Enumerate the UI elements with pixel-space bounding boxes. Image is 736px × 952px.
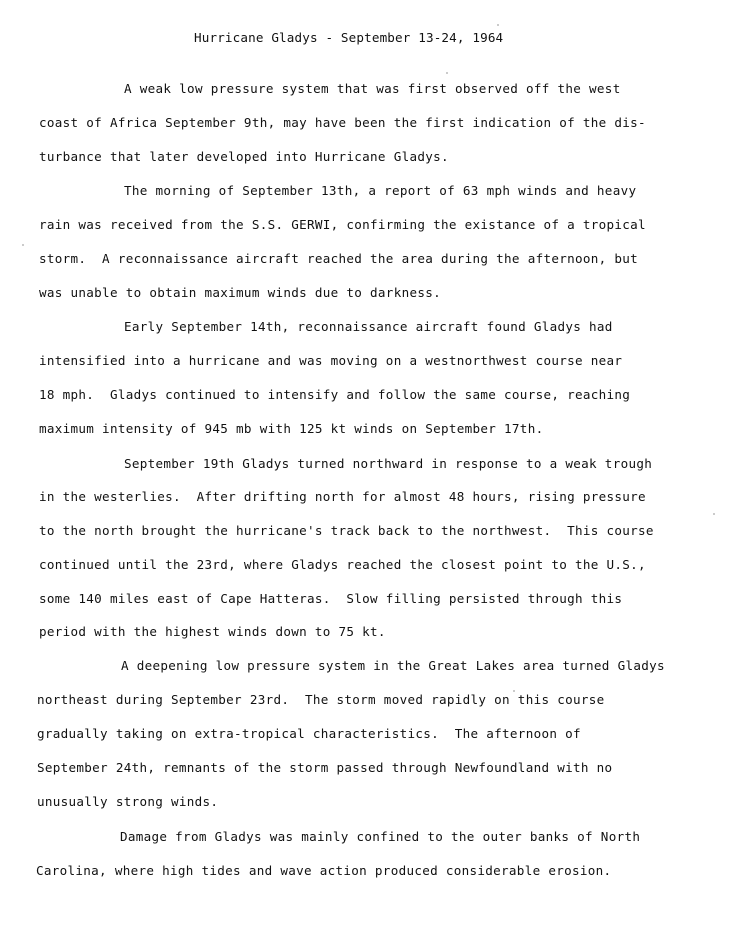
text-line: rain was received from the S.S. GERWI, c…	[39, 217, 646, 233]
text-line: gradually taking on extra-tropical chara…	[37, 726, 581, 742]
scan-speck	[446, 72, 448, 74]
text-line: to the north brought the hurricane's tra…	[39, 523, 654, 539]
scan-speck	[497, 24, 499, 26]
text-line: storm. A reconnaissance aircraft reached…	[39, 251, 638, 267]
scan-speck	[513, 690, 515, 692]
text-line: maximum intensity of 945 mb with 125 kt …	[39, 421, 543, 437]
text-line: coast of Africa September 9th, may have …	[39, 115, 646, 131]
text-line: The morning of September 13th, a report …	[124, 183, 636, 199]
text-line: some 140 miles east of Cape Hatteras. Sl…	[39, 591, 622, 607]
document-page: Hurricane Gladys - September 13-24, 1964…	[0, 0, 736, 952]
text-line: continued until the 23rd, where Gladys r…	[39, 557, 646, 573]
text-line: A weak low pressure system that was firs…	[124, 81, 621, 97]
text-line: Damage from Gladys was mainly confined t…	[120, 829, 640, 845]
text-line: intensified into a hurricane and was mov…	[39, 353, 622, 369]
scan-speck	[713, 513, 715, 515]
text-line: in the westerlies. After drifting north …	[39, 489, 646, 505]
text-line: 18 mph. Gladys continued to intensify an…	[39, 387, 630, 403]
text-line: turbance that later developed into Hurri…	[39, 149, 449, 165]
scan-speck	[22, 244, 24, 246]
text-line: Early September 14th, reconnaissance air…	[124, 319, 613, 335]
text-line: Carolina, where high tides and wave acti…	[36, 863, 611, 879]
text-line: northeast during September 23rd. The sto…	[37, 692, 605, 708]
text-line: September 24th, remnants of the storm pa…	[37, 760, 612, 776]
document-title: Hurricane Gladys - September 13-24, 1964	[194, 30, 503, 46]
text-line: September 19th Gladys turned northward i…	[124, 456, 652, 472]
text-line: A deepening low pressure system in the G…	[121, 658, 665, 674]
text-line: was unable to obtain maximum winds due t…	[39, 285, 441, 301]
text-line: period with the highest winds down to 75…	[39, 624, 386, 640]
text-line: unusually strong winds.	[37, 794, 218, 810]
